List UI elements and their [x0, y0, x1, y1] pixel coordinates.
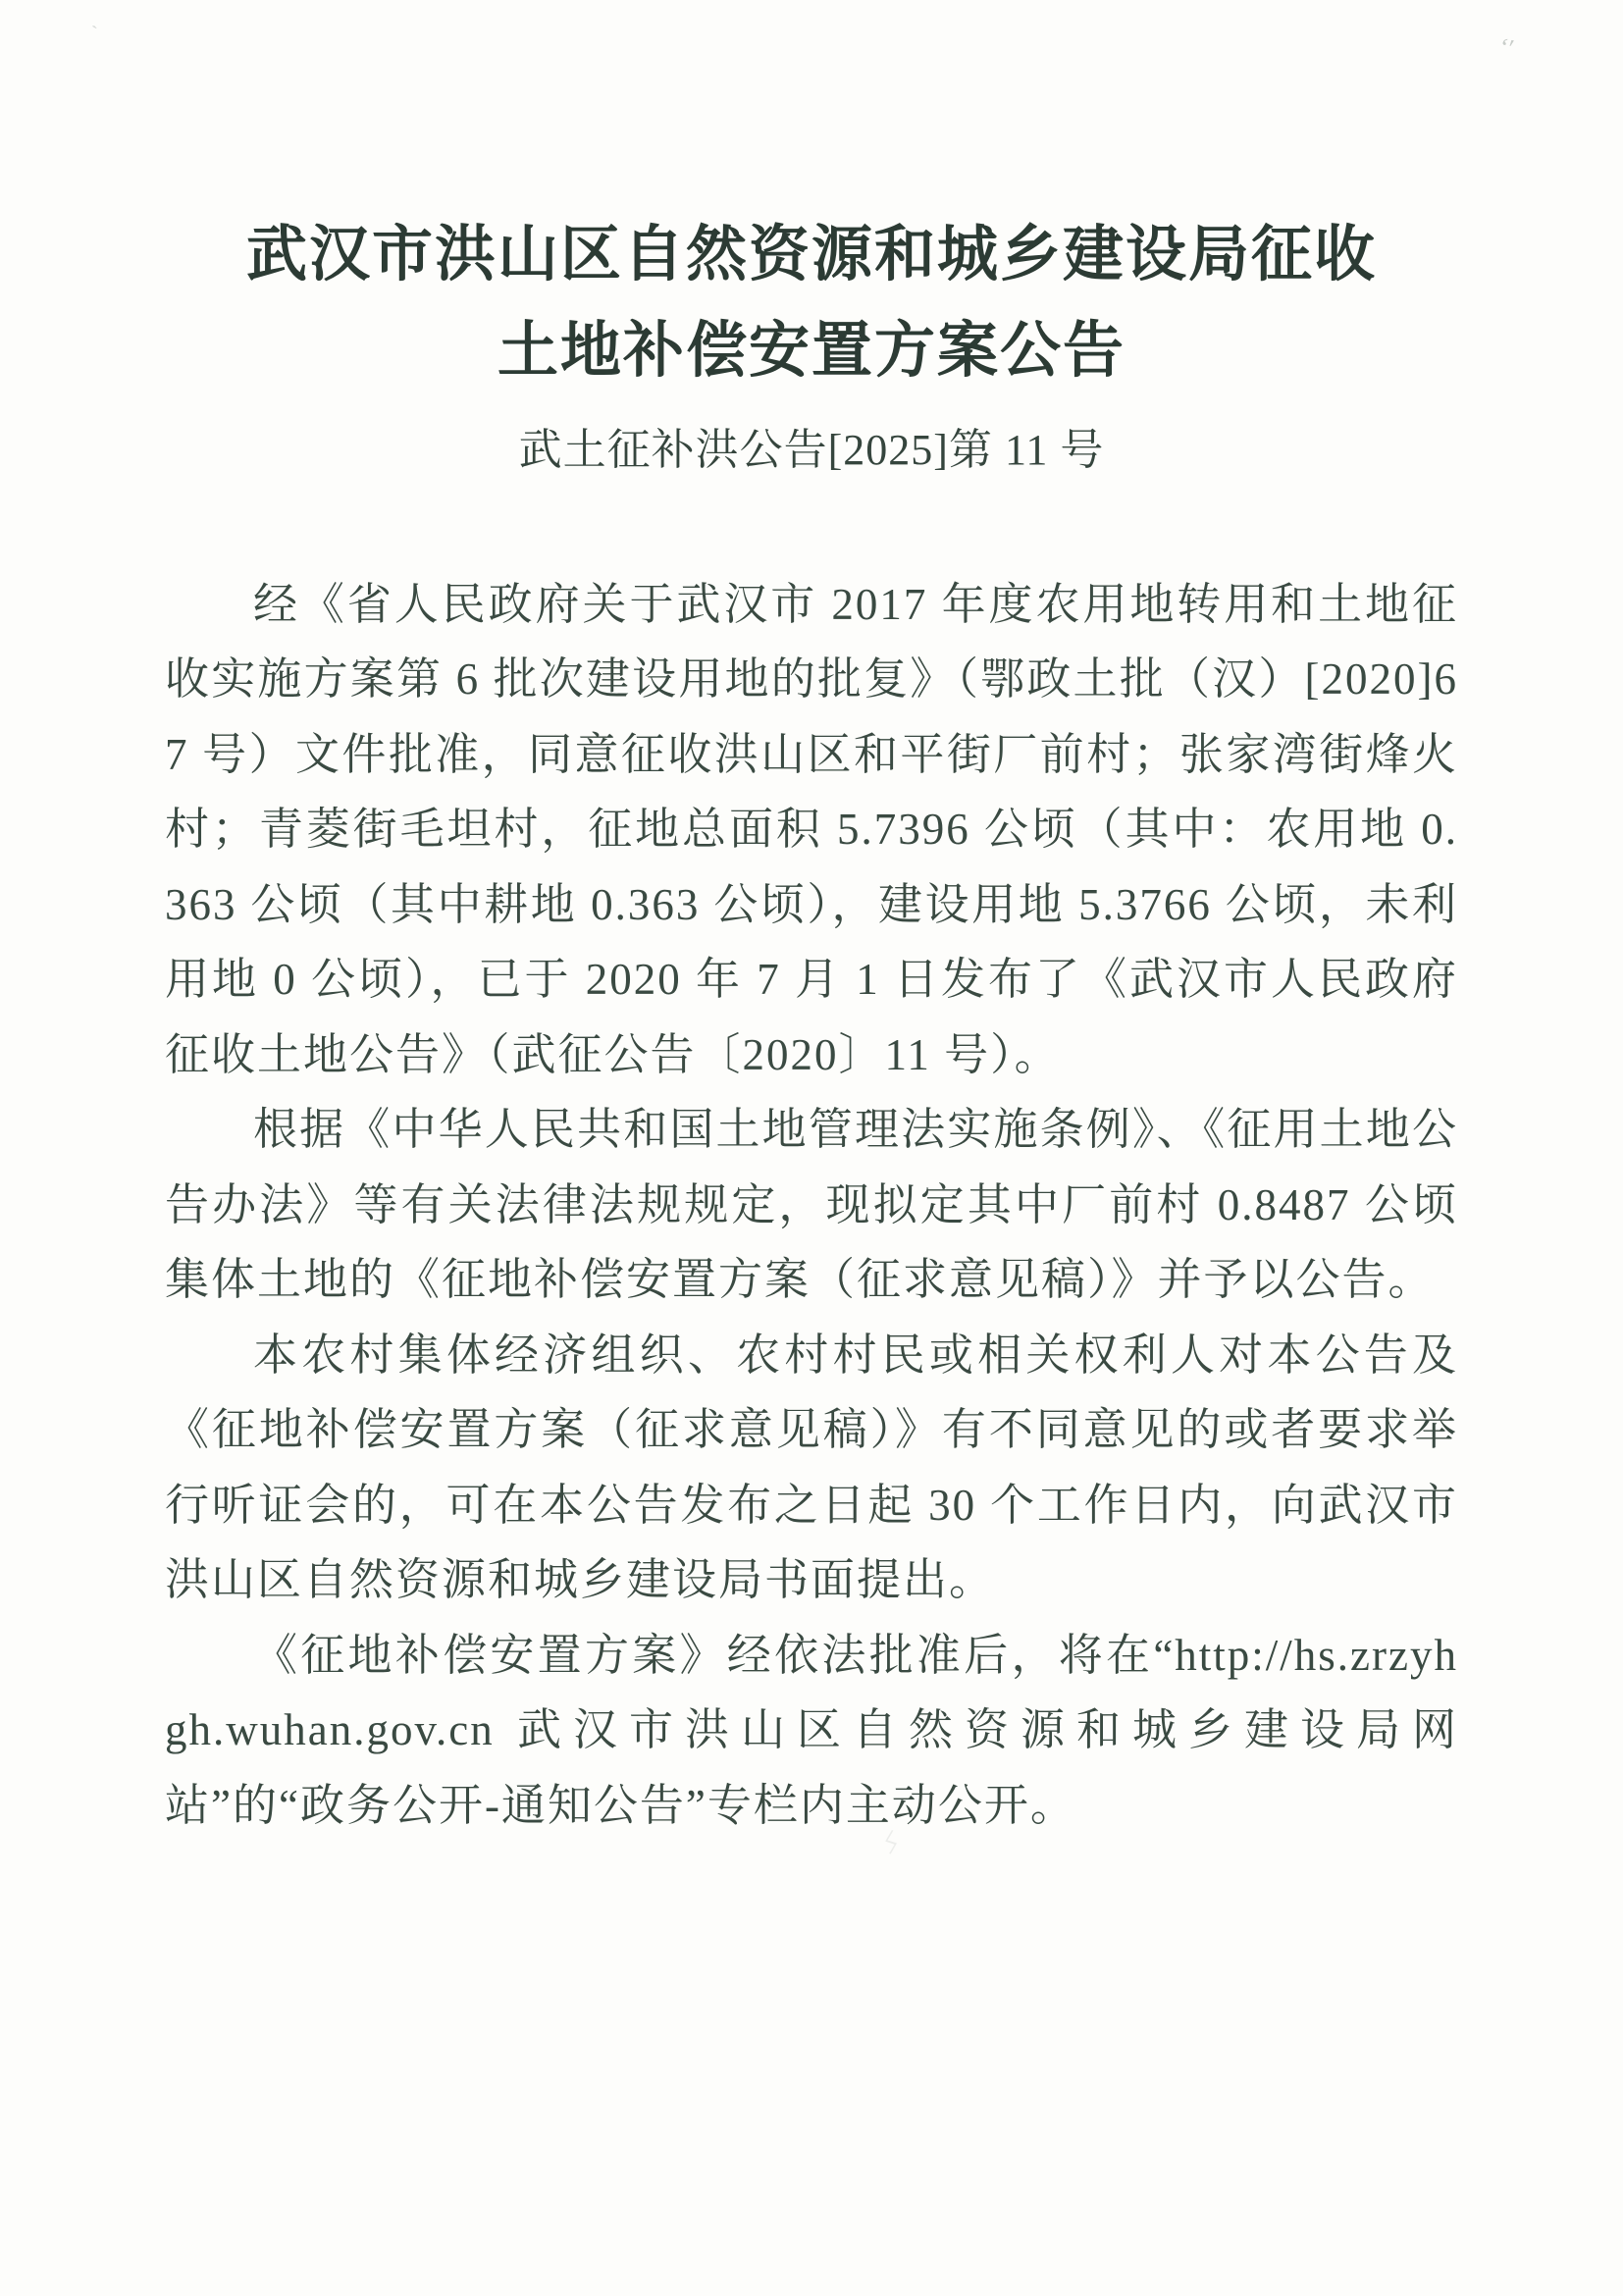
paragraph-legal-basis: 根据《中华人民共和国土地管理法实施条例》、《征用土地公告办法》等有关法律法规规定…	[165, 1092, 1458, 1318]
paragraph-publication-channel: 《征地补偿安置方案》经依法批准后，将在“http://hs.zrzyhgh.wu…	[165, 1618, 1458, 1844]
announcement-document: 武汉市洪山区自然资源和城乡建设局征收 土地补偿安置方案公告 武土征补洪公告[20…	[0, 208, 1623, 1843]
document-title-line-2: 土地补偿安置方案公告	[165, 304, 1458, 400]
document-number: 武土征补洪公告[2025]第 11 号	[165, 414, 1458, 477]
paragraph-objection-rights: 本农村集体经济组织、农村村民或相关权利人对本公告及《征地补偿安置方案（征求意见稿…	[165, 1318, 1458, 1618]
document-body: 经《省人民政府关于武汉市 2017 年度农用地转用和土地征收实施方案第 6 批次…	[165, 567, 1458, 1844]
paragraph-approval-basis: 经《省人民政府关于武汉市 2017 年度农用地转用和土地征收实施方案第 6 批次…	[165, 567, 1458, 1093]
document-title: 武汉市洪山区自然资源和城乡建设局征收 土地补偿安置方案公告	[165, 208, 1458, 400]
document-title-line-1: 武汉市洪山区自然资源和城乡建设局征收	[165, 208, 1458, 304]
scan-artifact: ˏ	[88, 8, 98, 31]
scan-artifact: ʻ′	[1496, 32, 1516, 64]
scanned-document-page: ˏ ʻ′ 武汉市洪山区自然资源和城乡建设局征收 土地补偿安置方案公告 武土征补洪…	[0, 0, 1623, 2296]
